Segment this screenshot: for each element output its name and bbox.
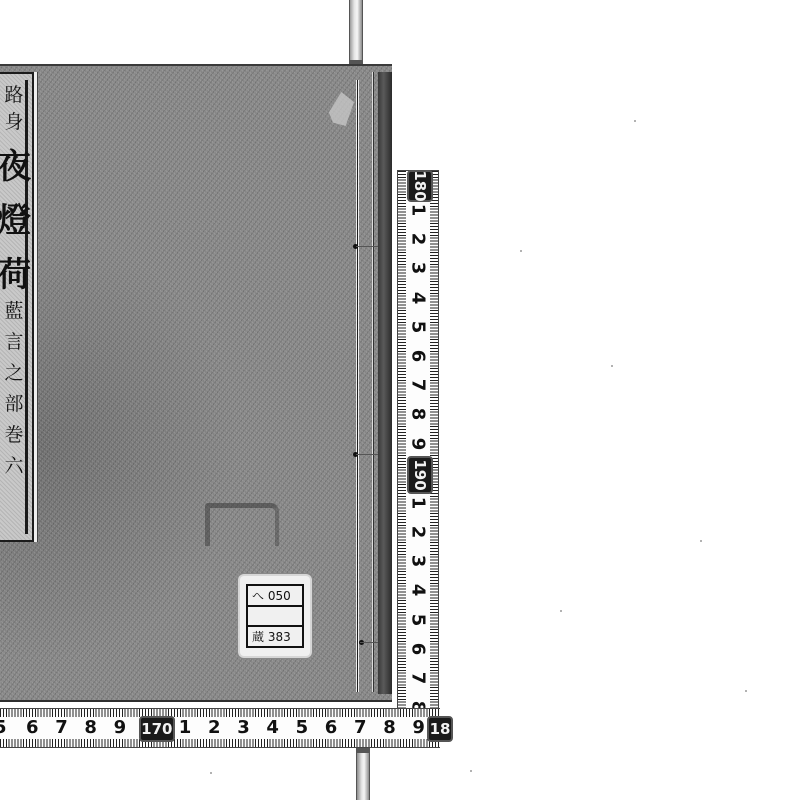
ruler-number: 5: [296, 719, 309, 737]
catalog-label-grid: へ 050 蔵 383: [246, 584, 304, 648]
title-text-column: 路 身 夜 燈 荷 藍 言 之 部 巻 六: [0, 86, 28, 488]
bookmark-strip-bottom: [356, 745, 370, 800]
ruler-number: 6: [26, 719, 39, 737]
ruler-number: 5: [408, 613, 426, 626]
bookmark-strip-top: [349, 0, 363, 70]
binding-thread: [356, 246, 378, 247]
ruler-number: 8: [84, 719, 97, 737]
title-sub-char: 言: [4, 333, 23, 352]
ruler-number: 4: [266, 719, 279, 737]
ruler-number: 9: [114, 719, 127, 737]
ruler-number: 2: [208, 719, 221, 737]
ruler-number: 7: [354, 719, 367, 737]
ruler-number: 6: [408, 350, 426, 363]
ruler-number: 3: [408, 262, 426, 275]
ruler-number: 1: [408, 204, 426, 217]
title-sub-char: 之: [4, 364, 23, 383]
ruler-ticks-left: [398, 171, 406, 711]
ruler-number: 9: [412, 719, 425, 737]
ruler-number: 6: [325, 719, 338, 737]
dust-speck: [560, 610, 562, 612]
horizontal-ruler: 5678917012345678918: [0, 708, 440, 748]
dust-speck: [520, 250, 522, 252]
ruler-ticks-right: [430, 171, 438, 711]
dust-speck: [470, 770, 472, 772]
ruler-number: 8: [383, 719, 396, 737]
ruler-ticks-top: [0, 709, 440, 717]
ruler-number: 7: [408, 379, 426, 392]
ruler-number: 7: [55, 719, 68, 737]
ruler-number: 4: [408, 584, 426, 597]
dust-speck: [745, 690, 747, 692]
catalog-label-row: [248, 607, 302, 628]
ruler-number: 8: [408, 408, 426, 421]
dust-speck: [210, 772, 212, 774]
ruler-number: 4: [408, 291, 426, 304]
title-top-char: 身: [4, 113, 23, 132]
title-sub-char: 部: [4, 395, 23, 414]
vertical-ruler: 180 12345678919012345678: [397, 170, 439, 712]
book-cover: [0, 64, 392, 702]
ruler-number: 6: [408, 643, 426, 656]
title-top-char: 路: [4, 86, 23, 105]
catalog-label-row: へ 050: [248, 586, 302, 607]
catalog-label: へ 050 蔵 383: [240, 576, 310, 656]
ruler-number: 5: [408, 321, 426, 334]
cover-fold-line-outer: [372, 72, 374, 692]
book-spine-edge: [378, 72, 392, 694]
catalog-label-row: 蔵 383: [248, 627, 302, 646]
ruler-number: 9: [408, 437, 426, 450]
dust-speck: [634, 120, 636, 122]
title-main-char: 夜: [0, 150, 31, 184]
ruler-number: 1: [408, 497, 426, 510]
binding-thread: [360, 642, 378, 643]
ruler-ticks-bottom: [0, 739, 440, 747]
ruler-number-partial: 5: [0, 719, 7, 737]
title-volume-char: 巻: [4, 426, 23, 445]
ruler-number: 1: [179, 719, 192, 737]
ruler-badge-start: 180: [407, 170, 433, 202]
title-sub-char: 藍: [4, 302, 23, 321]
ruler-badge-mid: 190: [407, 456, 433, 494]
ruler-number: 2: [408, 233, 426, 246]
binding-thread: [356, 454, 378, 455]
ruler-number: 3: [408, 555, 426, 568]
dust-speck: [611, 365, 613, 367]
ruler-number: 7: [408, 672, 426, 685]
ruler-number: 3: [237, 719, 250, 737]
ruler-number: 2: [408, 526, 426, 539]
title-volume-char: 六: [4, 457, 23, 476]
ruler-badge-mid: 170: [139, 716, 175, 742]
dust-speck: [700, 540, 702, 542]
cover-fold-line: [356, 80, 359, 692]
cover-stain: [205, 503, 279, 546]
title-main-char: 燈: [0, 204, 31, 238]
title-slip: 路 身 夜 燈 荷 藍 言 之 部 巻 六: [0, 72, 34, 542]
ruler-badge-end: 18: [427, 716, 453, 742]
title-main-char: 荷: [0, 258, 31, 292]
